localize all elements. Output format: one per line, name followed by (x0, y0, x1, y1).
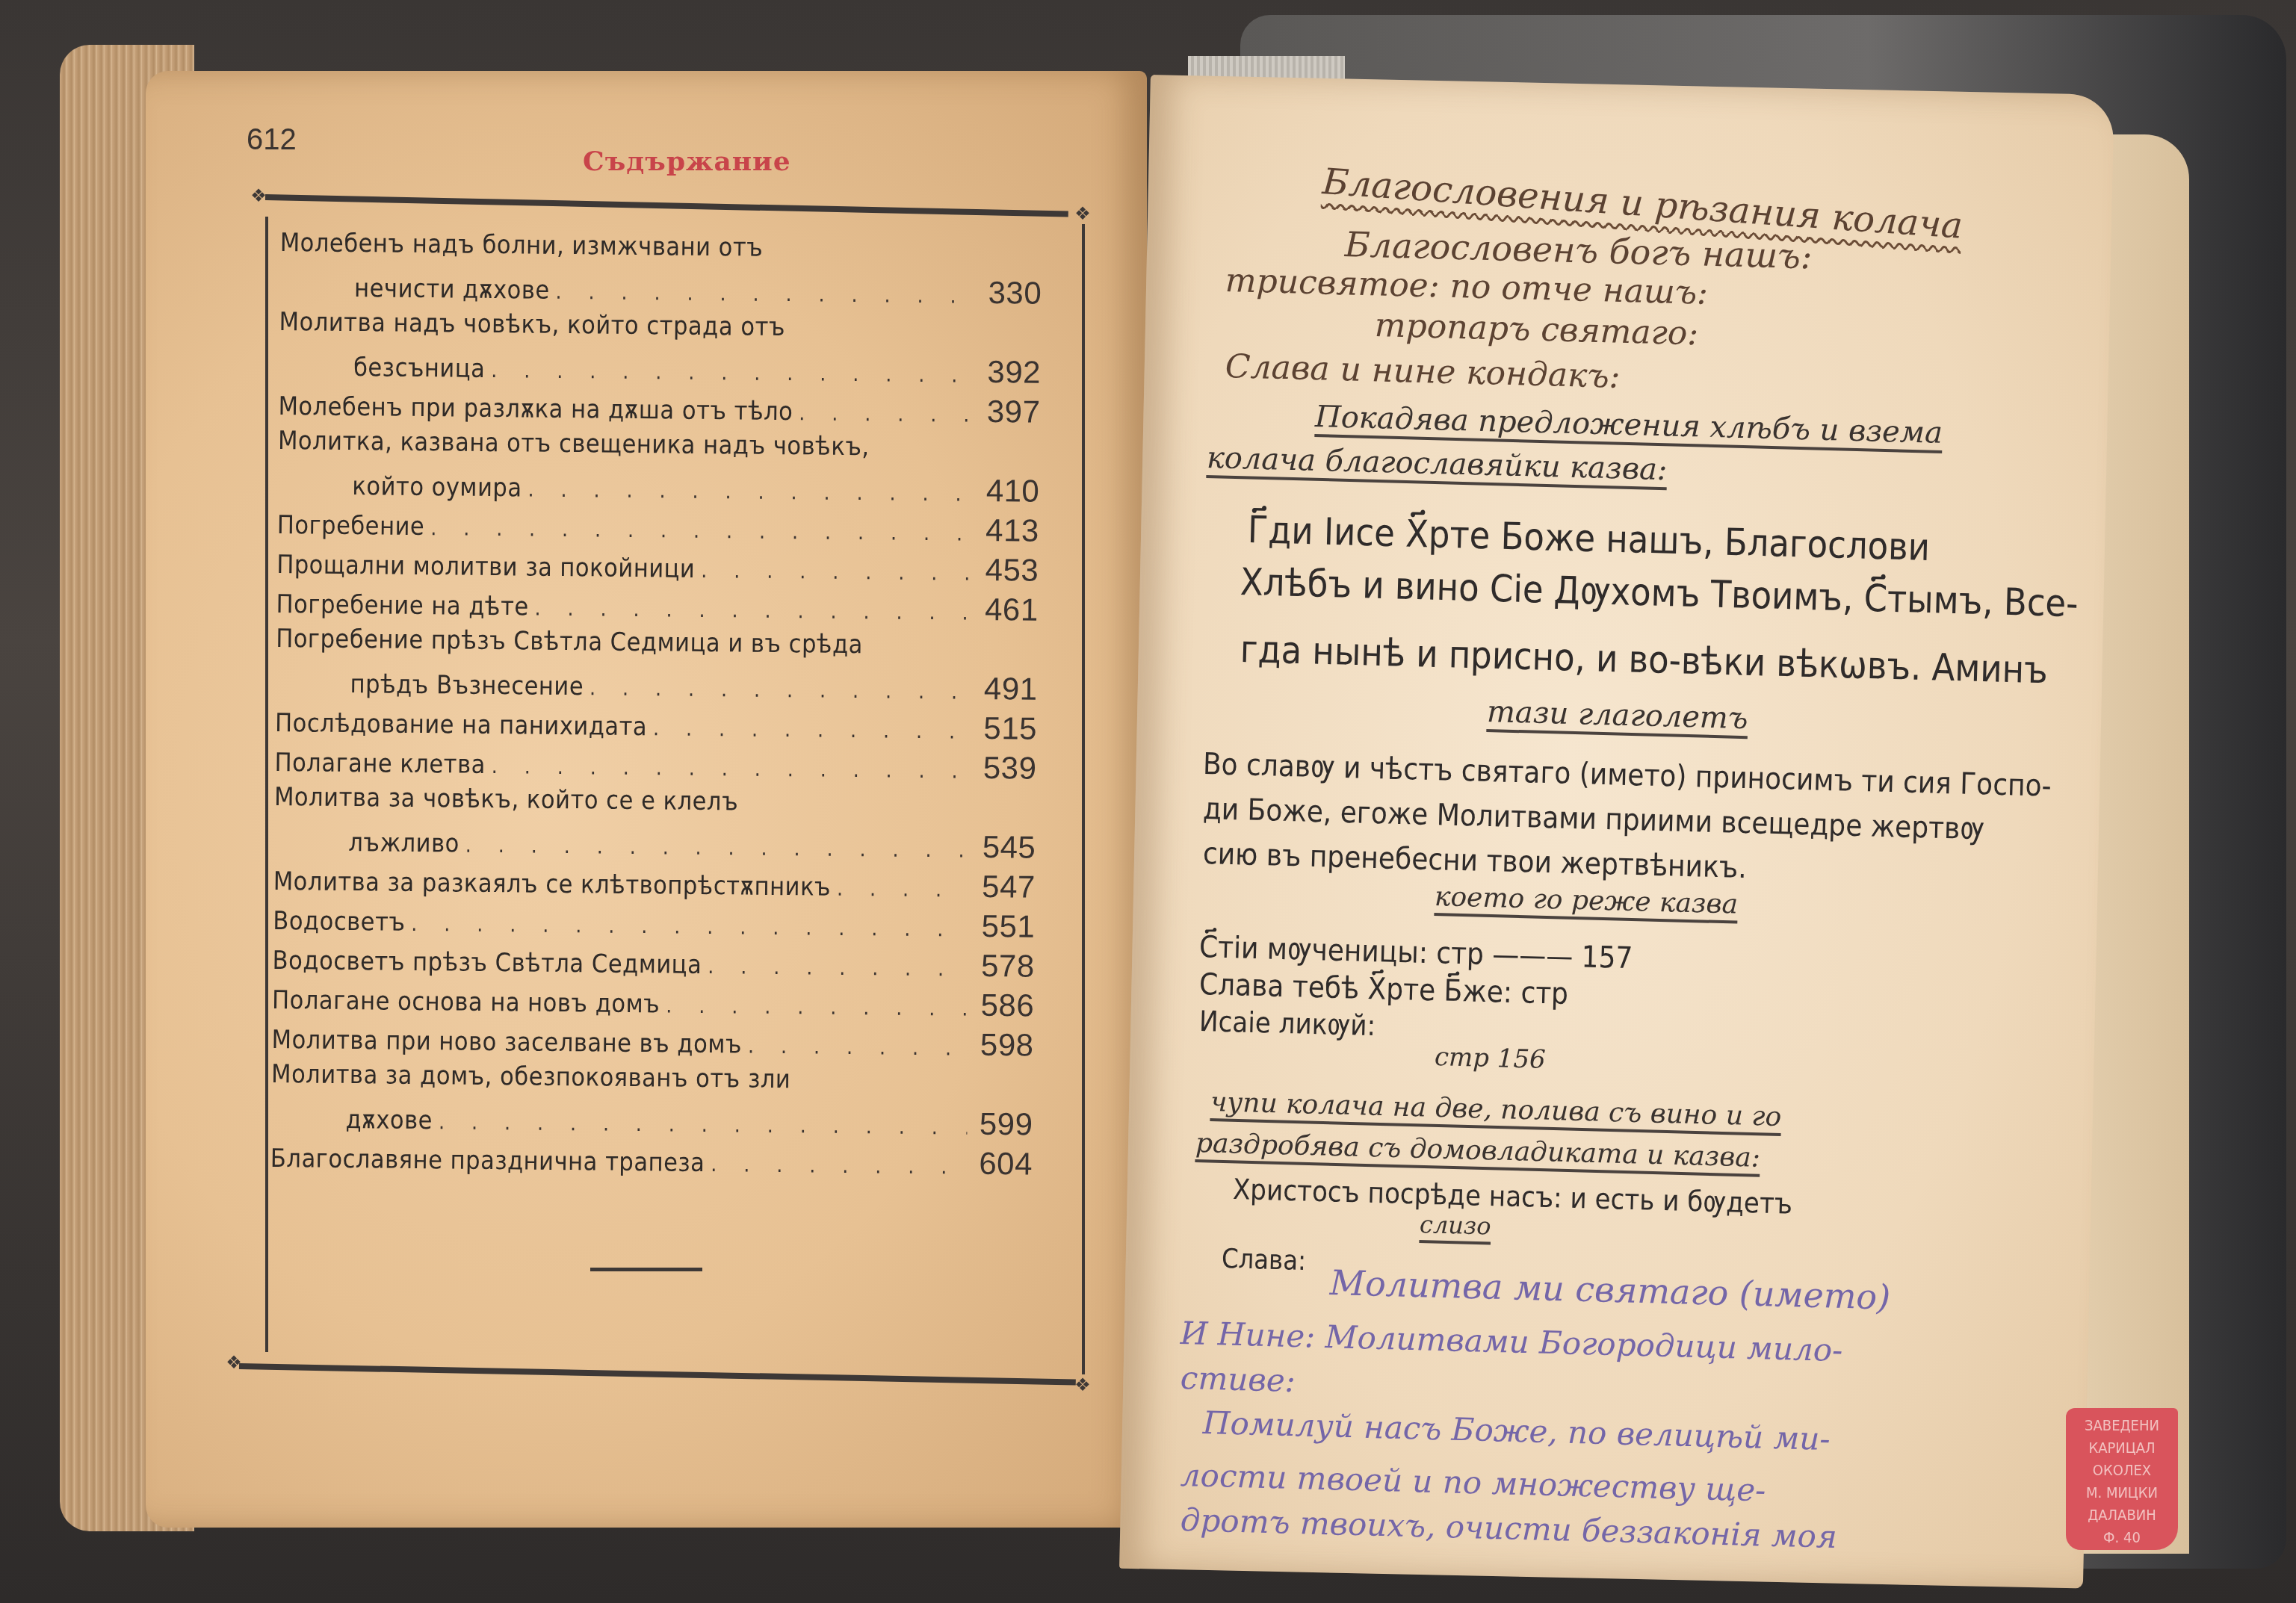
toc-entry-4[interactable]: Молитка, казвана отъ свещеника надъ човѣ… (277, 426, 1040, 513)
diamond-ornament-icon: ❖ (250, 185, 267, 206)
toc-page-number: 598 (974, 1027, 1033, 1064)
sticker-text: ОКОЛЕХ (2066, 1459, 2178, 1481)
toc-page-number: 547 (976, 869, 1036, 905)
toc-page-number: 586 (974, 987, 1034, 1024)
toc-entry-title: Молитва за домъ, обезпокояванъ отъ зли (271, 1059, 791, 1094)
toc-list: Молебенъ надъ болни, измжчвани отънечист… (270, 228, 1042, 1186)
library-sticker: ЗАВЕДЕНИКАРИЦАЛОКОЛЕХМ. МИЦКИДАЛАВИНФ. 4… (2066, 1408, 2178, 1550)
toc-entry-title: Погребение (277, 510, 425, 542)
diamond-ornament-icon: ❖ (1074, 1374, 1091, 1395)
toc-page-number: 410 (980, 473, 1039, 509)
toc-entry-11[interactable]: Молитва за човѣкъ, който се е клелълъжли… (273, 782, 1036, 869)
toc-entry-title: Молитва при ново заселване въ домъ (271, 1025, 742, 1060)
handwritten-line: тази глаголетъ (1486, 695, 1748, 736)
diamond-ornament-icon: ❖ (226, 1352, 242, 1373)
toc-entry-title: Погребение на дѣте (276, 589, 529, 622)
sticker-text: ДАЛАВИН (2066, 1504, 2178, 1526)
page-number: 612 (247, 123, 297, 157)
toc-page-number: 397 (980, 394, 1040, 430)
toc-entry-title: Погребение прѣзъ Свѣтла Седмица и въ срѣ… (276, 624, 863, 660)
toc-page-number: 539 (977, 750, 1036, 787)
toc-page-number: 453 (979, 552, 1039, 589)
toc-title: Съдържание (583, 146, 791, 177)
toc-entry-title: лъжливо (348, 828, 459, 859)
toc-page-number: 551 (975, 908, 1035, 945)
dot-leader: . . . . . . . . . . . . . . . . . . . . … (748, 1034, 968, 1061)
toc-entry-title: нечисти дѫхове (354, 273, 550, 306)
diamond-ornament-icon: ❖ (1074, 203, 1091, 224)
toc-entry-title: който оумира (352, 471, 522, 503)
dot-leader: . . . . . . . . . . . . . . . . . . . . … (439, 1109, 968, 1139)
toc-entry-title: Молитка, казвана отъ свещеника надъ човѣ… (278, 426, 870, 462)
toc-entry-title: Полагане основа на новъ домъ (272, 985, 660, 1019)
dot-leader: . . . . . . . . . . . . . . . . . . . . … (534, 596, 972, 625)
toc-page-number: 330 (982, 275, 1042, 311)
toc-entry-8[interactable]: Погребение прѣзъ Свѣтла Седмица и въ срѣ… (275, 624, 1038, 711)
toc-page-number: 515 (977, 710, 1037, 747)
toc-page-number: 392 (981, 354, 1041, 391)
frame-rule-left (265, 217, 268, 1352)
dot-leader: . . . . . . . . . . . . . . . . . . . . … (492, 754, 971, 784)
toc-entry-1[interactable]: Молебенъ надъ болни, измжчвани отънечист… (279, 228, 1042, 315)
end-rule (590, 1268, 702, 1271)
toc-entry-title: Водосветъ прѣзъ Свѣтла Седмица (273, 946, 702, 980)
dot-leader: . . . . . . . . . . . . . . . . . . . . … (430, 515, 974, 546)
dot-leader: . . . . . . . . . . . . . . . . . . . . … (555, 279, 976, 308)
toc-page-number: 578 (974, 948, 1034, 985)
toc-entry-title: Молитва за разкаялъ се клѣтвопрѣстѫпникъ (273, 866, 832, 902)
toc-entry-2[interactable]: Молитва надъ човѣкъ, който страда отъбез… (279, 307, 1042, 394)
toc-entry-title: безсъница (353, 353, 486, 384)
handwritten-line: стр 156 (1434, 1042, 1546, 1075)
toc-page-number: 545 (976, 829, 1036, 866)
sticker-text: КАРИЦАЛ (2066, 1436, 2178, 1459)
toc-entry-title: Молебенъ надъ болни, измжчвани отъ (280, 228, 764, 263)
dot-leader: . . . . . . . . . . . . . . . . . . . . … (837, 876, 970, 902)
handwritten-line: стиве: (1180, 1359, 1296, 1399)
toc-entry-title: Водосветъ (273, 906, 406, 937)
dot-leader: . . . . . . . . . . . . . . . . . . . . … (708, 954, 969, 982)
dot-leader: . . . . . . . . . . . . . . . . . . . . … (411, 911, 969, 942)
dot-leader: . . . . . . . . . . . . . . . . . . . . … (465, 833, 971, 863)
sticker-text: ЗАВЕДЕНИ (2066, 1414, 2178, 1436)
toc-entry-title: Молитва за човѣкъ, който се е клелъ (274, 782, 739, 817)
toc-entry-title: дѫхове (345, 1105, 433, 1135)
handwritten-line: Исаіе ликѹй: (1198, 1005, 1376, 1042)
sticker-text: Ф. 40 (2066, 1526, 2178, 1548)
toc-entry-title: Прощални молитви за покойници (276, 550, 695, 584)
toc-entry-title: Молитва надъ човѣкъ, който страда отъ (279, 307, 785, 342)
dot-leader: . . . . . . . . . . . . . . . . . . . . … (653, 716, 971, 743)
toc-page-number: 604 (973, 1146, 1033, 1182)
toc-line: Благославяне празднична трапеза. . . . .… (270, 1138, 1033, 1186)
dot-leader: . . . . . . . . . . . . . . . . . . . . … (666, 993, 968, 1020)
frame-rule-right (1082, 224, 1085, 1374)
dot-leader: . . . . . . . . . . . . . . . . . . . . … (799, 400, 974, 427)
toc-entry-title: Благославяне празднична трапеза (270, 1144, 705, 1178)
dot-leader: . . . . . . . . . . . . . . . . . . . . … (701, 558, 973, 586)
dot-leader: . . . . . . . . . . . . . . . . . . . . … (527, 477, 974, 506)
handwritten-line: слизо (1420, 1210, 1492, 1240)
toc-page-number: 599 (973, 1106, 1033, 1143)
toc-page-number: 461 (978, 592, 1038, 628)
toc-page-number: 491 (977, 671, 1037, 707)
toc-entry-17[interactable]: Молитва за домъ, обезпокояванъ отъ злидѫ… (270, 1059, 1033, 1147)
dot-leader: . . . . . . . . . . . . . . . . . . . . … (711, 1152, 967, 1179)
toc-page-number: 413 (980, 512, 1039, 549)
toc-entry-title: Послѣдование на панихидата (275, 708, 648, 742)
toc-entry-title: прѣдъ Възнесение (350, 669, 584, 701)
toc-entry-title: Молебенъ при разлѫка на дѫша отъ тѣло (278, 391, 793, 427)
dot-leader: . . . . . . . . . . . . . . . . . . . . … (491, 358, 975, 388)
handwritten-line: Слава: (1221, 1244, 1306, 1277)
toc-entry-title: Полагане клетва (274, 748, 486, 780)
sticker-text: М. МИЦКИ (2066, 1481, 2178, 1504)
toc-entry-18[interactable]: Благославяне празднична трапеза. . . . .… (270, 1138, 1033, 1186)
dot-leader: . . . . . . . . . . . . . . . . . . . . … (590, 675, 972, 704)
